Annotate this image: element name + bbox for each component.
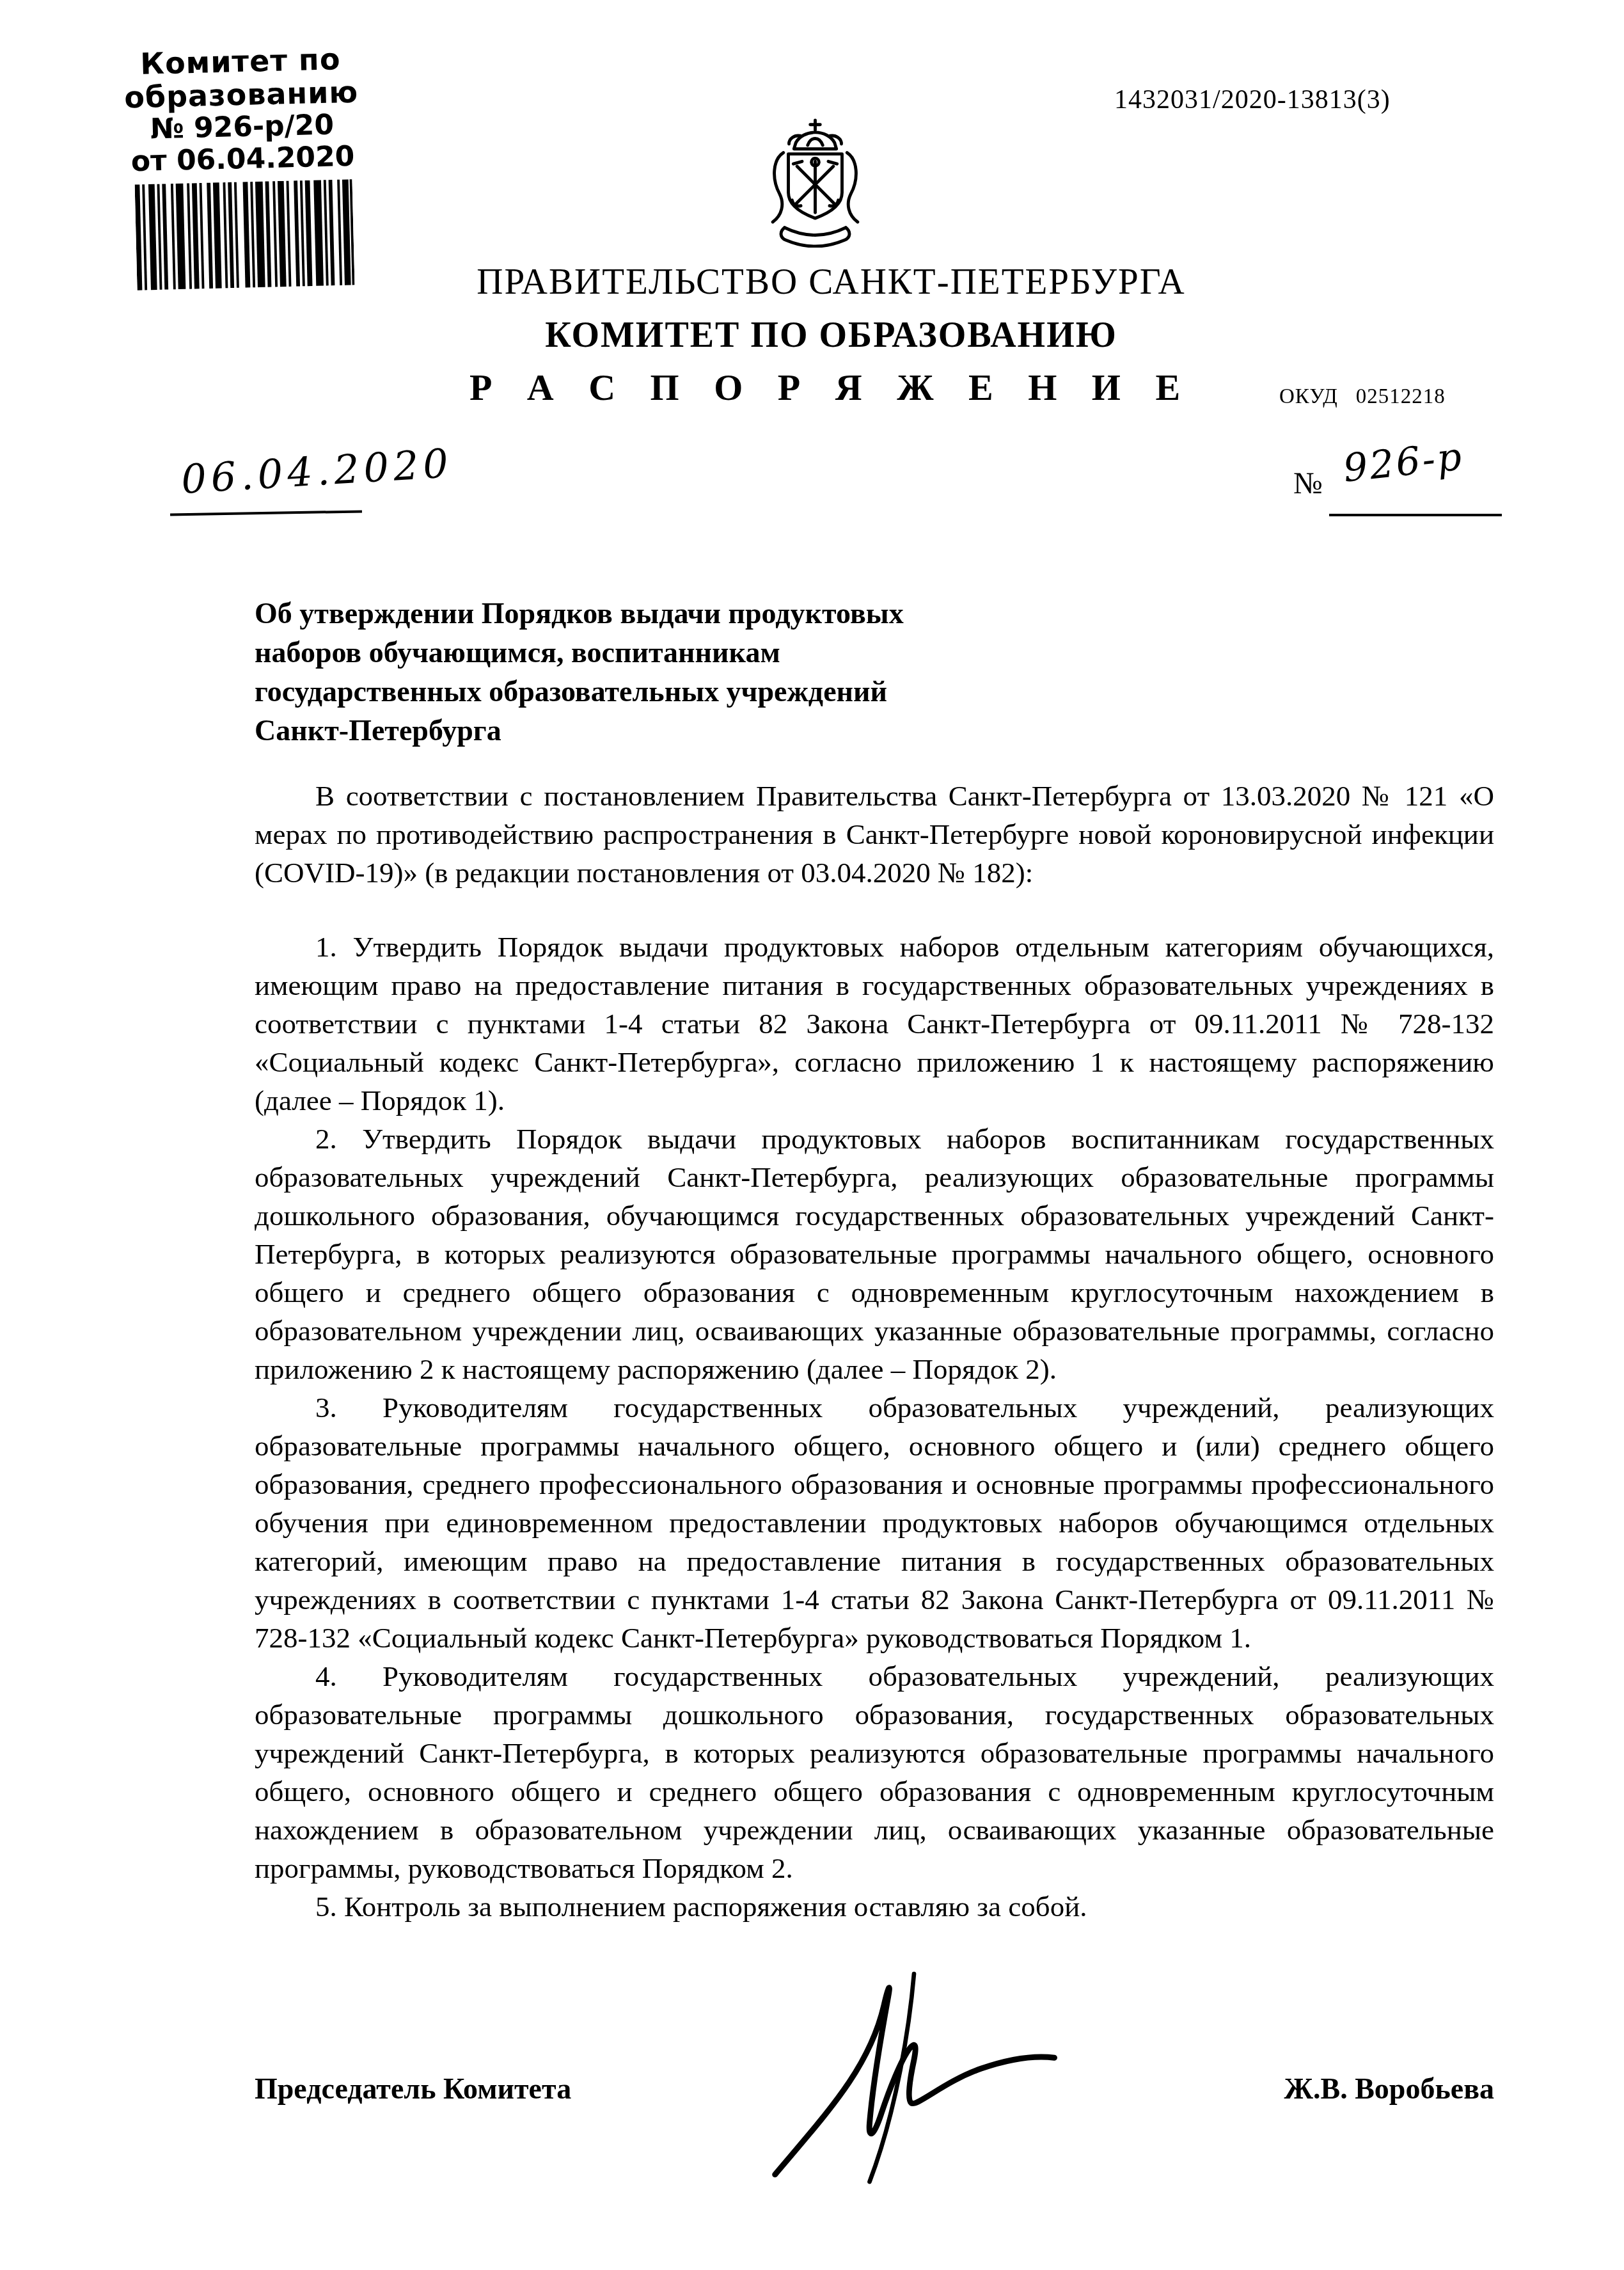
okud-code: ОКУД02512218 (1279, 385, 1446, 409)
okud-label: ОКУД (1279, 385, 1338, 408)
coat-of-arms-icon (750, 116, 881, 248)
document-page: Комитет по образованию № 926-р/20 от 06.… (0, 0, 1624, 2270)
paragraph-2: 2. Утвердить Порядок выдачи продуктовых … (255, 1120, 1494, 1388)
stamp-org: Комитет по образованию (61, 40, 420, 116)
paragraph-4: 4. Руководителям государственных образов… (255, 1657, 1494, 1887)
document-content: Об утверждении Порядков выдачи продуктов… (255, 594, 1494, 1926)
header-committee: КОМИТЕТ ПО ОБРАЗОВАНИЮ (38, 315, 1624, 356)
paragraph-5: 5. Контроль за выполнением распоряжения … (255, 1887, 1494, 1926)
signer-position: Председатель Комитета (255, 2072, 571, 2106)
title-line-3: государственных образовательных учрежден… (255, 672, 1494, 711)
title-line-1: Об утверждении Порядков выдачи продуктов… (255, 594, 1494, 633)
title-line-4: Санкт-Петербурга (255, 711, 1494, 750)
signature-row: Председатель Комитета Ж.В. Воробьева (255, 2072, 1494, 2106)
document-title: Об утверждении Порядков выдачи продуктов… (255, 594, 1494, 750)
okud-value: 02512218 (1356, 385, 1446, 408)
registration-stamp: Комитет по образованию № 926-р/20 от 06.… (61, 40, 425, 296)
number-sign: № (1293, 466, 1323, 501)
signer-name: Ж.В. Воробьева (1284, 2072, 1494, 2106)
handwritten-date: 06.04.2020 (180, 440, 454, 503)
paragraph-1: 1. Утвердить Порядок выдачи продуктовых … (255, 928, 1494, 1120)
case-number: 1432031/2020-13813(3) (1114, 84, 1391, 115)
header-government: ПРАВИТЕЛЬСТВО САНКТ-ПЕТЕРБУРГА (38, 261, 1624, 303)
handwritten-number: 926-р (1341, 434, 1465, 491)
number-underline (1329, 514, 1502, 516)
paragraph-3: 3. Руководителям государственных образов… (255, 1388, 1494, 1657)
paragraph-preamble: В соответствии с постановлением Правител… (255, 777, 1494, 892)
title-line-2: наборов обучающимся, воспитанникам (255, 633, 1494, 672)
date-underline (170, 510, 362, 516)
